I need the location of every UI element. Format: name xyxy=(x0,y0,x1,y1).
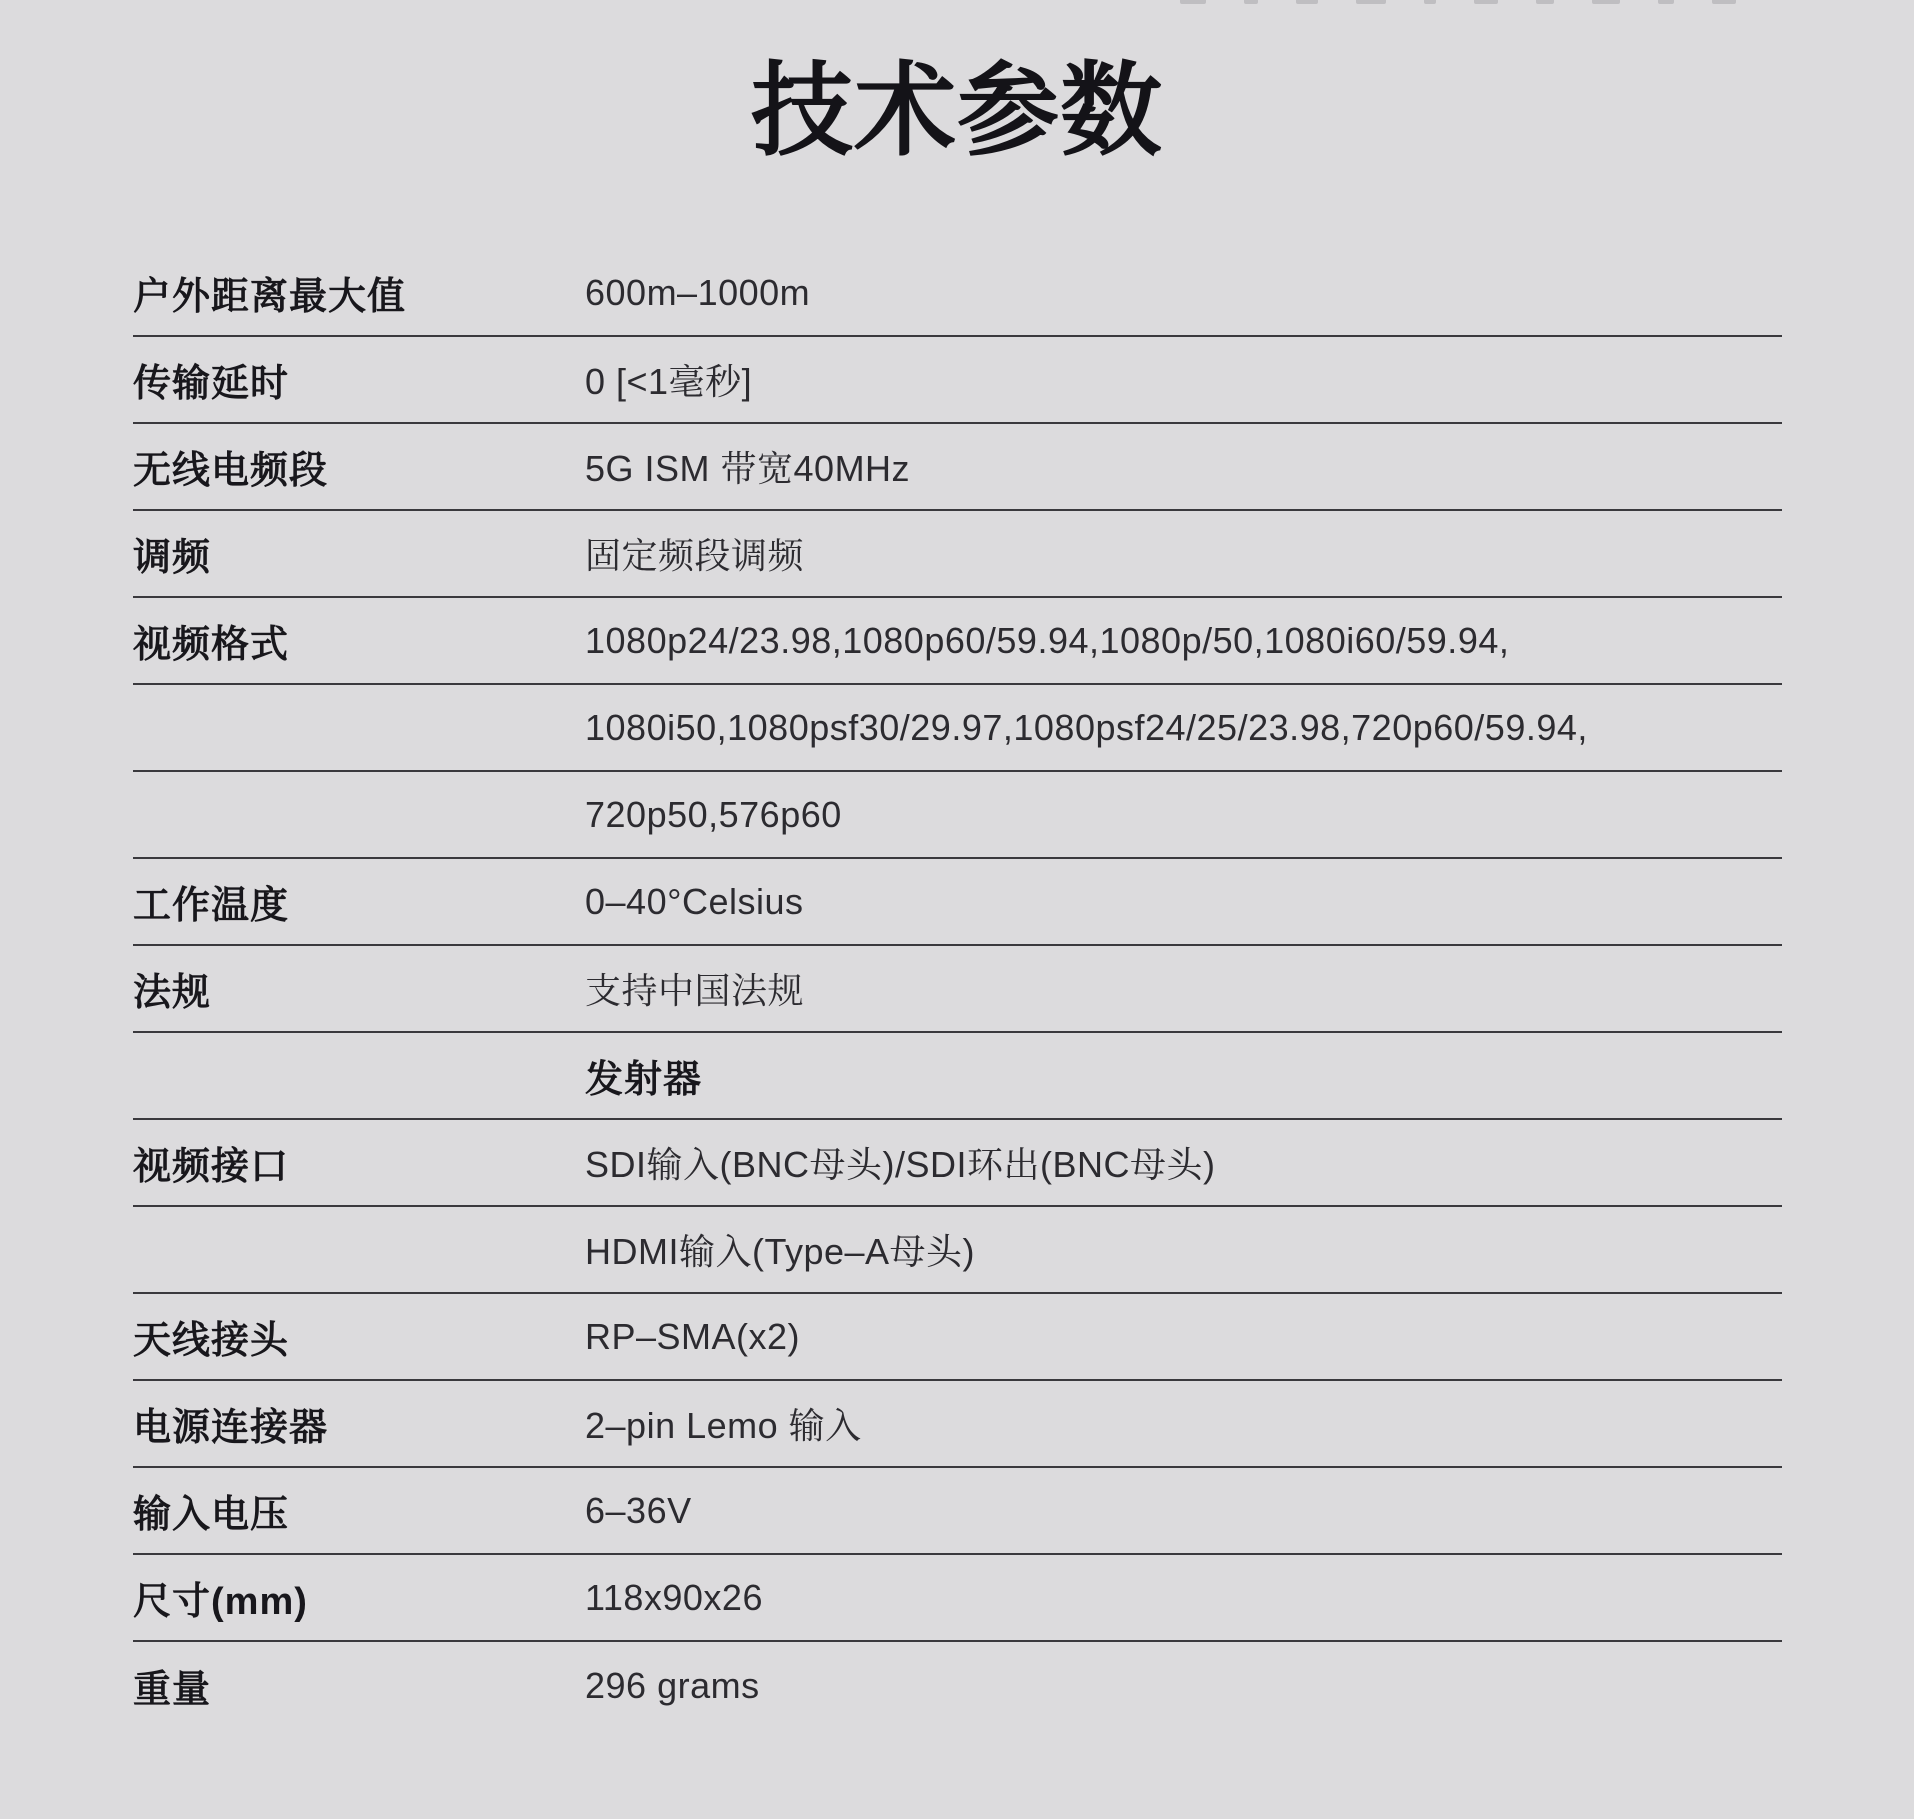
spec-value: 600m–1000m xyxy=(585,272,1782,314)
spec-value: 0–40°Celsius xyxy=(585,881,1782,923)
spec-label: 法规 xyxy=(133,961,585,1016)
table-row: 工作温度 0–40°Celsius xyxy=(133,859,1782,946)
spec-value: 296 grams xyxy=(585,1665,1782,1707)
spec-table: 户外距离最大值 600m–1000m 传输延时 0 [<1毫秒] 无线电频段 5… xyxy=(133,250,1782,1729)
spec-value: SDI输入(BNC母头)/SDI环出(BNC母头) xyxy=(585,1137,1782,1188)
spec-value: 6–36V xyxy=(585,1490,1782,1532)
top-edge-artifact-mark xyxy=(1712,0,1736,4)
spec-label: 电源连接器 xyxy=(133,1396,585,1451)
spec-label: 重量 xyxy=(133,1658,585,1713)
spec-label: 工作温度 xyxy=(133,874,585,929)
table-row: 法规 支持中国法规 xyxy=(133,946,1782,1033)
table-row: 重量 296 grams xyxy=(133,1642,1782,1729)
spec-label: 调频 xyxy=(133,526,585,581)
spec-value: 720p50,576p60 xyxy=(585,794,1782,836)
spec-value: 5G ISM 带宽40MHz xyxy=(585,441,1782,492)
spec-value: 发射器 xyxy=(585,1048,1782,1103)
spec-label: 输入电压 xyxy=(133,1483,585,1538)
spec-label: 视频格式 xyxy=(133,613,585,668)
spec-value: 0 [<1毫秒] xyxy=(585,354,1782,405)
table-row: 调频 固定频段调频 xyxy=(133,511,1782,598)
spec-label: 视频接口 xyxy=(133,1135,585,1190)
spec-value: RP–SMA(x2) xyxy=(585,1316,1782,1358)
table-row: 发射器 xyxy=(133,1033,1782,1120)
spec-value: 2–pin Lemo 输入 xyxy=(585,1398,1782,1449)
top-edge-artifact-mark xyxy=(1244,0,1258,4)
table-row: 传输延时 0 [<1毫秒] xyxy=(133,337,1782,424)
table-row: 天线接头 RP–SMA(x2) xyxy=(133,1294,1782,1381)
table-row: 720p50,576p60 xyxy=(133,772,1782,859)
table-row: 视频格式 1080p24/23.98,1080p60/59.94,1080p/5… xyxy=(133,598,1782,685)
spec-value: 1080p24/23.98,1080p60/59.94,1080p/50,108… xyxy=(585,620,1782,662)
spec-value: HDMI输入(Type–A母头) xyxy=(585,1224,1782,1275)
top-edge-artifact xyxy=(1180,0,1736,5)
top-edge-artifact-mark xyxy=(1180,0,1206,4)
table-row: 无线电频段 5G ISM 带宽40MHz xyxy=(133,424,1782,511)
spec-sheet-page: 技术参数 户外距离最大值 600m–1000m 传输延时 0 [<1毫秒] 无线… xyxy=(0,0,1914,1819)
spec-label: 天线接头 xyxy=(133,1309,585,1364)
table-row: 电源连接器 2–pin Lemo 输入 xyxy=(133,1381,1782,1468)
spec-value: 支持中国法规 xyxy=(585,963,1782,1014)
spec-value: 固定频段调频 xyxy=(585,528,1782,579)
top-edge-artifact-mark xyxy=(1424,0,1436,4)
table-row: 尺寸(mm) 118x90x26 xyxy=(133,1555,1782,1642)
spec-label: 无线电频段 xyxy=(133,439,585,494)
table-row: 1080i50,1080psf30/29.97,1080psf24/25/23.… xyxy=(133,685,1782,772)
top-edge-artifact-mark xyxy=(1658,0,1674,4)
top-edge-artifact-mark xyxy=(1536,0,1554,4)
page-title: 技术参数 xyxy=(0,52,1914,170)
top-edge-artifact-mark xyxy=(1474,0,1498,4)
spec-label: 传输延时 xyxy=(133,352,585,407)
spec-label: 尺寸(mm) xyxy=(133,1570,585,1625)
table-row: 输入电压 6–36V xyxy=(133,1468,1782,1555)
top-edge-artifact-mark xyxy=(1592,0,1620,4)
table-row: HDMI输入(Type–A母头) xyxy=(133,1207,1782,1294)
top-edge-artifact-mark xyxy=(1356,0,1386,4)
spec-value: 1080i50,1080psf30/29.97,1080psf24/25/23.… xyxy=(585,707,1782,749)
spec-label: 户外距离最大值 xyxy=(133,265,585,320)
spec-value: 118x90x26 xyxy=(585,1577,1782,1619)
table-row: 户外距离最大值 600m–1000m xyxy=(133,250,1782,337)
table-row: 视频接口 SDI输入(BNC母头)/SDI环出(BNC母头) xyxy=(133,1120,1782,1207)
top-edge-artifact-mark xyxy=(1296,0,1318,4)
